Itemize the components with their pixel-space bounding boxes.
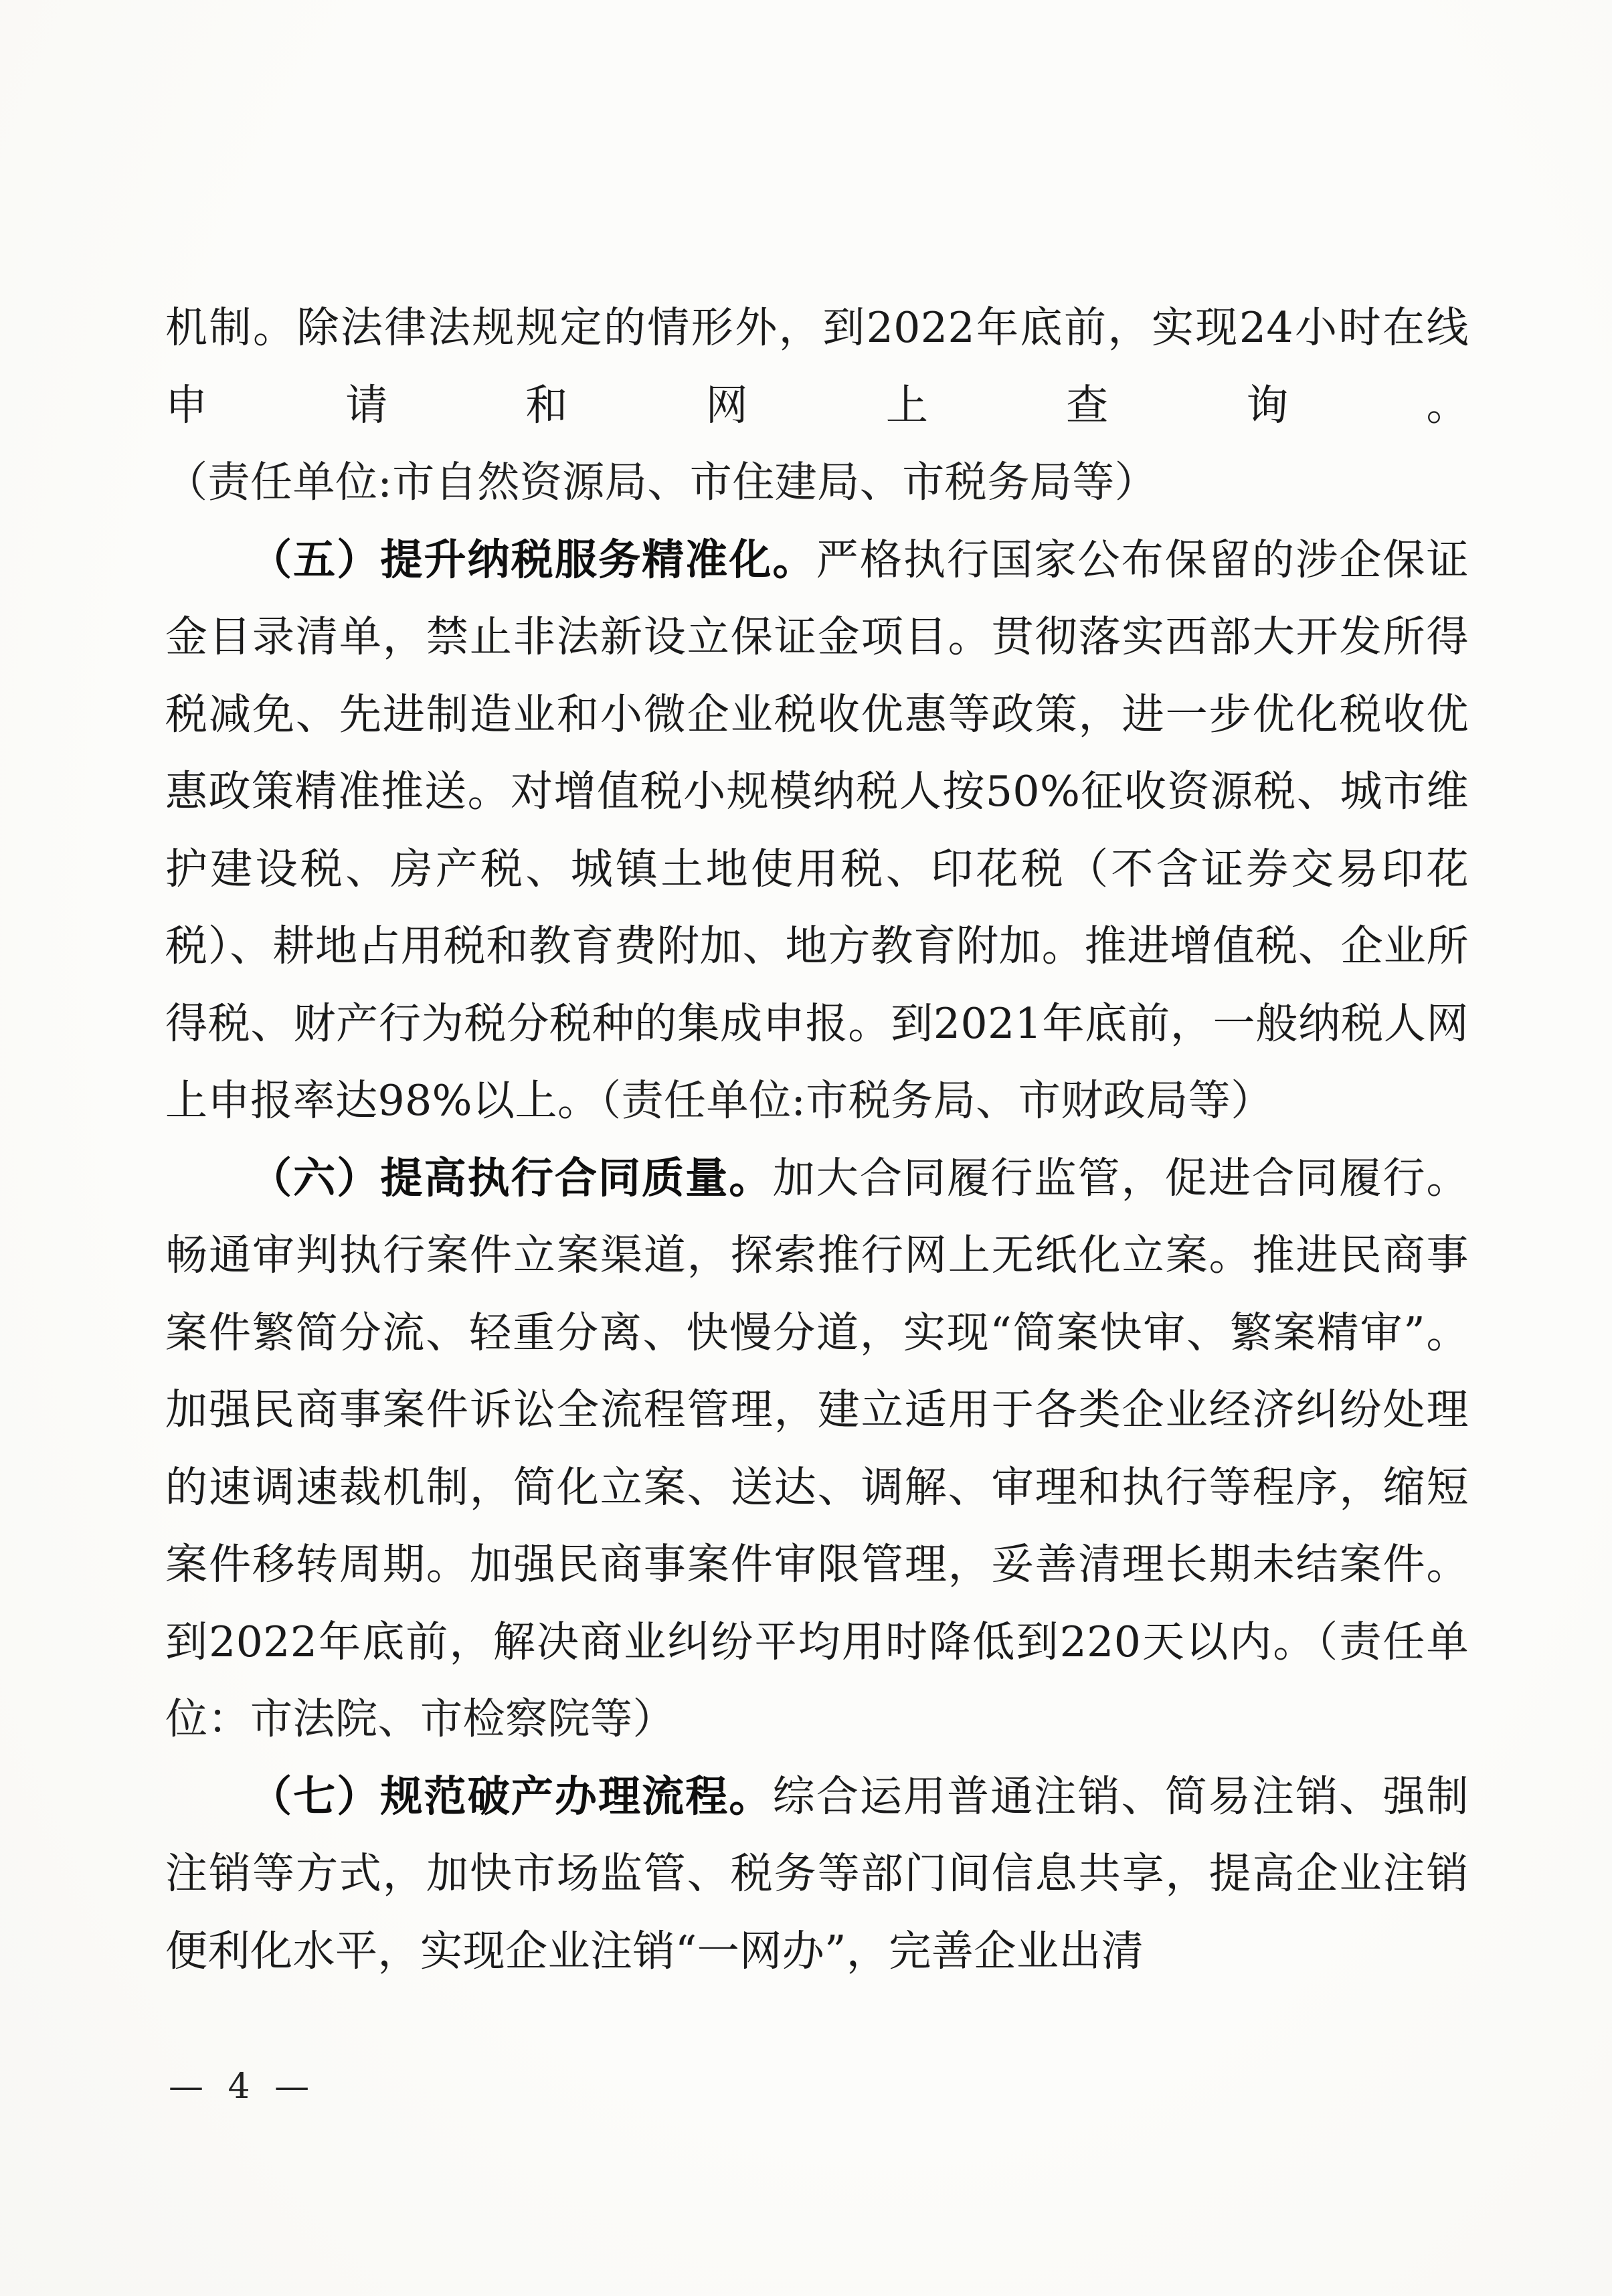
document-body: 机制。除法律法规规定的情形外，到2022年底前，实现24小时在线申请和网上查询。…: [165, 289, 1469, 1990]
clause-heading: （六）提高执行合同质量。: [250, 1154, 773, 1203]
clause-body: 严格执行国家公布保留的涉企保证金目录清单，禁止非法新设立保证金项目。贯彻落实西部…: [165, 535, 1469, 1126]
paragraph-item-5: （五）提升纳税服务精准化。严格执行国家公布保留的涉企保证金目录清单，禁止非法新设…: [165, 521, 1469, 1140]
responsibility-unit: （责任单位:市自然资源局、市住建局、市税务局等）: [165, 458, 1157, 507]
page-number: — 4 —: [169, 2066, 316, 2107]
responsibility-unit: （责任单位:市税务局、市财政局等）: [600, 1076, 1273, 1125]
paragraph-item-7: （七）规范破产办理流程。综合运用普通注销、简易注销、强制注销等方式，加快市场监管…: [165, 1758, 1469, 1990]
paragraph-continuation: 机制。除法律法规规定的情形外，到2022年底前，实现24小时在线申请和网上查询。…: [165, 289, 1469, 521]
paragraph-item-6: （六）提高执行合同质量。加大合同履行监管，促进合同履行。畅通审判执行案件立案渠道…: [165, 1140, 1469, 1758]
clause-body: 机制。除法律法规规定的情形外，到2022年底前，实现24小时在线申请和网上查询。: [165, 303, 1469, 430]
clause-heading: （七）规范破产办理流程。: [250, 1772, 773, 1821]
document-page: 机制。除法律法规规定的情形外，到2022年底前，实现24小时在线申请和网上查询。…: [0, 0, 1612, 2296]
clause-heading: （五）提升纳税服务精准化。: [250, 535, 816, 584]
clause-body: 加大合同履行监管，促进合同履行。畅通审判执行案件立案渠道，探索推行网上无纸化立案…: [165, 1154, 1469, 1666]
